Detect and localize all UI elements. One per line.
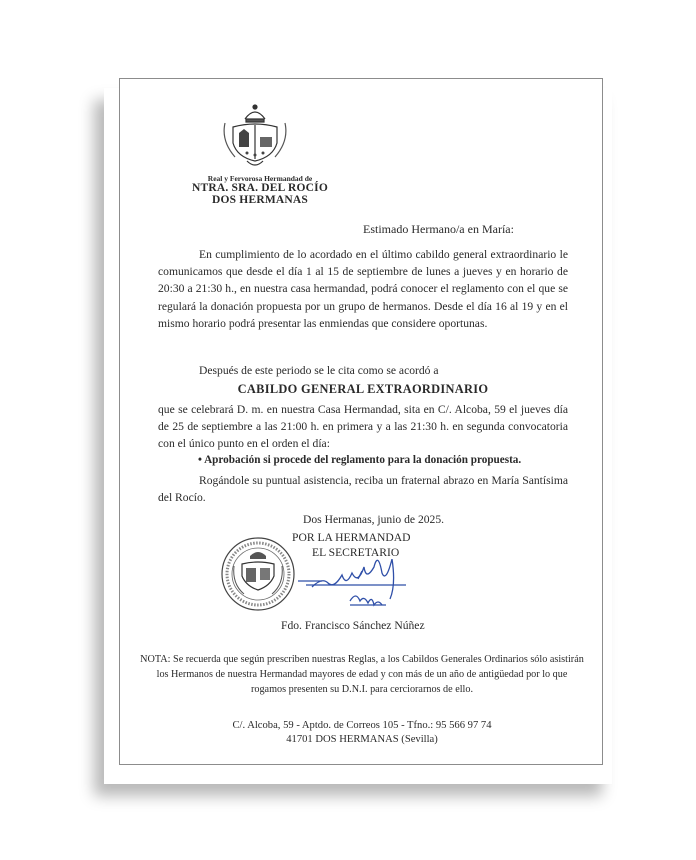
handwritten-signature-icon bbox=[298, 559, 428, 619]
meeting-title: CABILDO GENERAL EXTRAORDINARIO bbox=[158, 382, 568, 397]
org-name: NTRA. SRA. DEL ROCÍO DOS HERMANAS bbox=[160, 182, 360, 206]
sign-line-1: POR LA HERMANDAD bbox=[292, 531, 411, 544]
address: C/. Alcoba, 59 - Aptdo. de Correos 105 -… bbox=[140, 719, 584, 746]
after-period-text: Después de este periodo se le cita como … bbox=[199, 364, 439, 377]
paragraph-2: que se celebrará D. m. en nuestra Casa H… bbox=[158, 401, 568, 453]
sign-line-2: EL SECRETARIO bbox=[312, 546, 399, 559]
note: NOTA: Se recuerda que según prescriben n… bbox=[140, 652, 584, 697]
letter-page: Real y Fervorosa Hermandad de NTRA. SRA.… bbox=[119, 78, 603, 765]
greeting: Estimado Hermano/a en María: bbox=[363, 222, 514, 237]
paragraph-1: En cumplimiento de lo acordado en el últ… bbox=[158, 246, 568, 332]
signed-by: Fdo. Francisco Sánchez Núñez bbox=[281, 619, 425, 632]
agenda-point: • Aprobación si procede del reglamento p… bbox=[198, 454, 521, 466]
org-name-line2: DOS HERMANAS bbox=[160, 194, 360, 206]
official-seal-icon bbox=[220, 536, 296, 612]
org-name-line1: NTRA. SRA. DEL ROCÍO bbox=[160, 182, 360, 194]
place-date: Dos Hermanas, junio de 2025. bbox=[303, 513, 444, 526]
paragraph-3-text: Rogándole su puntual asistencia, reciba … bbox=[158, 474, 568, 504]
brotherhood-crest-icon bbox=[219, 101, 291, 171]
address-line-1: C/. Alcoba, 59 - Aptdo. de Correos 105 -… bbox=[140, 719, 584, 733]
paragraph-1-text: En cumplimiento de lo acordado en el últ… bbox=[158, 248, 568, 330]
address-line-2: 41701 DOS HERMANAS (Sevilla) bbox=[140, 733, 584, 747]
paragraph-3: Rogándole su puntual asistencia, reciba … bbox=[158, 472, 568, 506]
